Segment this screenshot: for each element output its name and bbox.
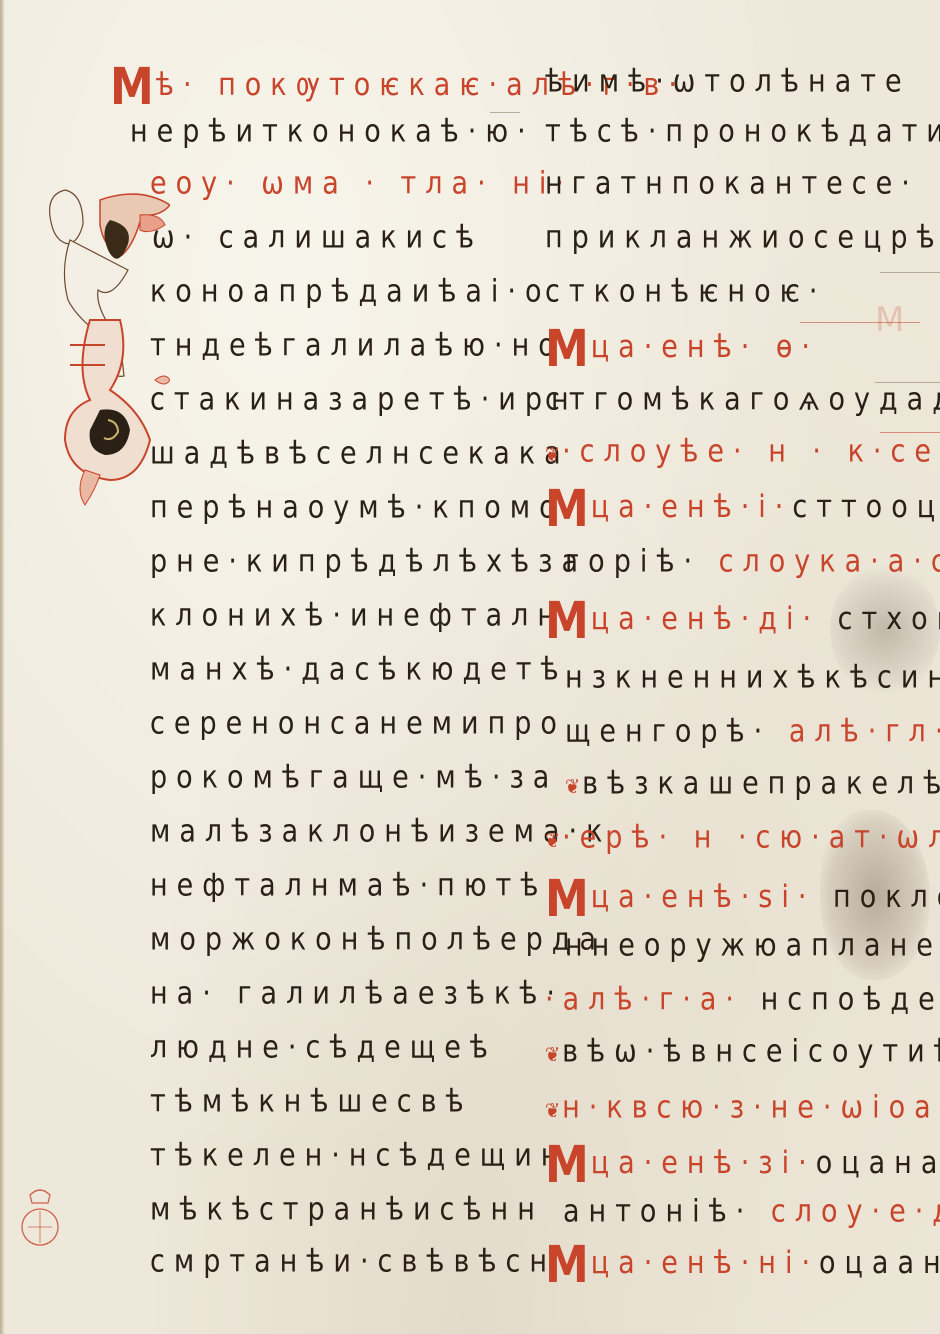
initial-letter: М	[545, 327, 591, 373]
text-segment: тѣмѣкнѣшесвѣ	[150, 1084, 473, 1120]
text-segment: коноапрѣдаиѣаі·о	[150, 274, 551, 310]
rubric-segment: ·алѣ·г·а·	[545, 982, 743, 1018]
initial-letter: М	[545, 599, 591, 645]
text-line: тѣкелен·нсѣдещин	[150, 1139, 567, 1174]
rubric-segment: н·квсю·з·не·ѡіоа·	[562, 1090, 940, 1126]
text-line: смртанѣи·свѣвѣсн	[150, 1245, 556, 1280]
text-segment: клонихѣ·инефталн	[150, 598, 564, 634]
text-segment: смртанѣи·свѣвѣсн	[150, 1244, 556, 1280]
text-segment: прикланжиосецрѣ	[545, 220, 940, 256]
text-segment: людне·сѣдещеѣ	[150, 1030, 497, 1066]
text-segment: мѣкѣстранѣисѣнн	[150, 1192, 544, 1228]
text-segment: ннеоружюапланетра·	[565, 928, 940, 964]
rubric-segment: слоу·е·деке	[753, 1194, 940, 1230]
rubric-segment: алѣ·гл·д	[771, 714, 940, 750]
text-segment: ѣ· покѹтоѥкаѥ·	[156, 67, 506, 103]
rubric-line: ❦·ерѣ· н ·сю·ат·ѡлоу	[545, 821, 940, 859]
text-segment: вѣзкашепракелѣ	[582, 766, 940, 802]
text-segment: малѣзаклонѣизема·к	[150, 814, 611, 850]
text-line: ѣимѣ·ѡтолѣнате	[545, 65, 911, 100]
text-line: нгатнпокантесе·	[545, 167, 919, 202]
text-segment: рокомѣгаще·мѣ·за	[150, 760, 558, 796]
text-line: людне·сѣдещеѣ	[150, 1031, 497, 1066]
text-line: антоніѣ· слоу·е·деке	[563, 1195, 940, 1230]
library-stamp-icon	[14, 1185, 66, 1255]
text-line: клонихѣ·инефталн	[150, 599, 564, 634]
rubric-segment: ·слоуѣе· н · к·сенте	[562, 434, 940, 470]
text-line: серенонсанемипро	[150, 707, 566, 742]
text-segment: нгатнпокантесе·	[545, 166, 919, 202]
text-line: тндеѣгалилаѣю·но	[150, 329, 564, 364]
text-line: мѣкѣстранѣисѣнн	[150, 1193, 544, 1228]
initial-letter: М	[545, 1243, 591, 1289]
text-line: манхѣ·дасѣкюдетѣ	[150, 653, 568, 688]
initial-letter: М	[110, 65, 156, 111]
margin-line	[880, 272, 940, 273]
rubric-segment: ца·енѣ·ні·	[591, 1245, 819, 1281]
text-segment: ѣимѣ·ѡтолѣнате	[545, 64, 911, 100]
text-segment: сттооцагрн	[792, 489, 940, 525]
text-line: моржоконѣполѣерда	[150, 923, 605, 958]
text-line: рокомѣгаще·мѣ·за	[150, 761, 558, 796]
text-segment: тѣкелен·нсѣдещин	[150, 1138, 567, 1174]
rubric-line: Мца·енѣ·і·сттооцагрн	[545, 487, 940, 533]
rubric-line: Мца·енѣ·зі·оцанаше	[545, 1143, 940, 1189]
text-segment: стакиназаретѣ·ирн	[150, 382, 578, 418]
text-line: нерѣитконокаѣ·ю·	[130, 115, 535, 150]
text-line: перѣнаоумѣ·кпомо	[150, 491, 565, 526]
text-line: ѡ· салишакисѣ	[152, 221, 483, 256]
rubric-line: ❦·слоуѣе· н · к·сенте	[545, 435, 940, 473]
initial-letter: М	[545, 487, 591, 533]
rubric-segment: ца·енѣ·і·	[591, 489, 793, 525]
text-line: рне·кипрѣдѣлѣхѣза	[150, 545, 587, 580]
text-segment: серенонсанемипро	[150, 706, 566, 742]
text-line: стгомѣкагоѧоудада·	[545, 383, 940, 418]
rubric-segment: ·ерѣ· н ·сю·ат·ѡлоу	[562, 820, 940, 856]
rubric-line: Мца·енѣ· ѳ·	[545, 327, 819, 373]
text-segment: моржоконѣполѣерда	[150, 922, 605, 958]
text-segment: нспоѣдеиѣса·	[743, 982, 940, 1018]
text-line: на· галилѣаезѣкѣ·	[150, 977, 564, 1012]
text-line: горіѣ· слоука·а·сенте·	[565, 545, 940, 580]
text-segment: шадѣвѣселнсекака	[150, 436, 570, 472]
manuscript-page: М Мѣ· покѹтоѥкаѥ·алѣ·г·в· нерѣитконокаѣ·…	[0, 0, 940, 1334]
text-segment: тѣсѣ·пронокѣдати	[545, 114, 940, 150]
text-line: ·алѣ·г·а· нспоѣдеиѣса·	[545, 983, 940, 1018]
text-segment: рне·кипрѣдѣлѣхѣза	[150, 544, 587, 580]
text-segment: щенгорѣ·	[565, 714, 771, 750]
text-line: нефталнмаѣ·пютѣ	[150, 869, 547, 904]
text-segment: стгомѣкагоѧоудада·	[545, 382, 940, 418]
text-segment: манхѣ·дасѣкюдетѣ	[150, 652, 568, 688]
text-line: нзкненнихѣкѣсина	[565, 661, 940, 696]
text-line: тѣсѣ·пронокѣдати	[545, 115, 940, 150]
text-segment: оцанаше	[816, 1145, 940, 1181]
text-segment: тндеѣгалилаѣю·но	[150, 328, 564, 364]
text-line: шадѣвѣселнсекака	[150, 437, 570, 472]
text-segment: нерѣитконокаѣ·ю·	[130, 114, 535, 150]
text-segment: антоніѣ·	[563, 1194, 753, 1230]
rubric-line: ❦н·квсю·з·не·ѡіоа·	[545, 1091, 940, 1129]
text-line: ❦вѣѡ·ѣвнсеісоутиѣо·	[545, 1035, 940, 1073]
text-line: щенгорѣ· алѣ·гл·д	[565, 715, 940, 750]
rubric-segment: ца·енѣ·ѕі·	[591, 879, 816, 915]
text-segment: ѡ· салишакисѣ	[152, 220, 483, 256]
illuminated-initial-dragon-icon	[30, 180, 170, 510]
text-segment: нзкненнихѣкѣсина	[565, 660, 940, 696]
text-line: тѣмѣкнѣшесвѣ	[150, 1085, 473, 1120]
text-segment: горіѣ·	[565, 544, 701, 580]
section-marker-icon: ❦	[565, 775, 582, 799]
text-segment: на· галилѣаезѣкѣ·	[150, 976, 564, 1012]
section-marker-icon: ❦	[545, 1099, 562, 1123]
text-line: ❦вѣзкашепракелѣ	[565, 767, 940, 805]
margin-line	[880, 432, 940, 433]
rubric-line: Мца·енѣ·ді· стхоца	[545, 599, 940, 645]
text-segment: вѣѡ·ѣвнсеісоутиѣо·	[562, 1034, 940, 1070]
rubric-segment: ца·енѣ·зі·	[591, 1145, 816, 1181]
initial-letter: М	[545, 877, 591, 923]
text-segment: стконѣѥноѥ·	[545, 274, 826, 310]
section-marker-icon: ❦	[545, 829, 562, 853]
rubric-segment: еоу· ѡма · тла· ні·	[150, 166, 573, 202]
initial-letter: М	[545, 1143, 591, 1189]
text-segment: стхоца	[820, 601, 940, 637]
text-line: коноапрѣдаиѣаі·о	[150, 275, 551, 310]
text-segment: перѣнаоумѣ·кпомо	[150, 490, 565, 526]
text-segment: оцаанатаа·	[819, 1245, 940, 1281]
text-line: малѣзаклонѣизема·к	[150, 815, 611, 850]
text-line: стакиназаретѣ·ирн	[150, 383, 578, 418]
section-marker-icon: ❦	[545, 443, 562, 467]
text-line: ннеоружюапланетра·	[565, 929, 940, 964]
margin-line	[800, 322, 920, 323]
margin-line	[490, 112, 520, 113]
rubric-segment: ца·енѣ· ѳ·	[591, 329, 819, 365]
rubric-line: Мца·енѣ·ні·оцаанатаа·	[545, 1243, 940, 1289]
text-line: прикланжиосецрѣ	[545, 221, 940, 256]
page-edge	[0, 0, 4, 1334]
rubric-line: Мца·енѣ·ѕі· поклоне	[545, 877, 940, 923]
rubric-segment: слоука·а·сенте·	[701, 544, 940, 580]
text-line: стконѣѥноѥ·	[545, 275, 826, 310]
rubric-line: еоу· ѡма · тла· ні·	[150, 167, 573, 202]
rubric-segment: ца·енѣ·ді·	[591, 601, 820, 637]
text-segment: поклоне	[815, 879, 940, 915]
bleed-through-text: М	[875, 300, 904, 340]
section-marker-icon: ❦	[545, 1043, 562, 1067]
text-segment: нефталнмаѣ·пютѣ	[150, 868, 547, 904]
